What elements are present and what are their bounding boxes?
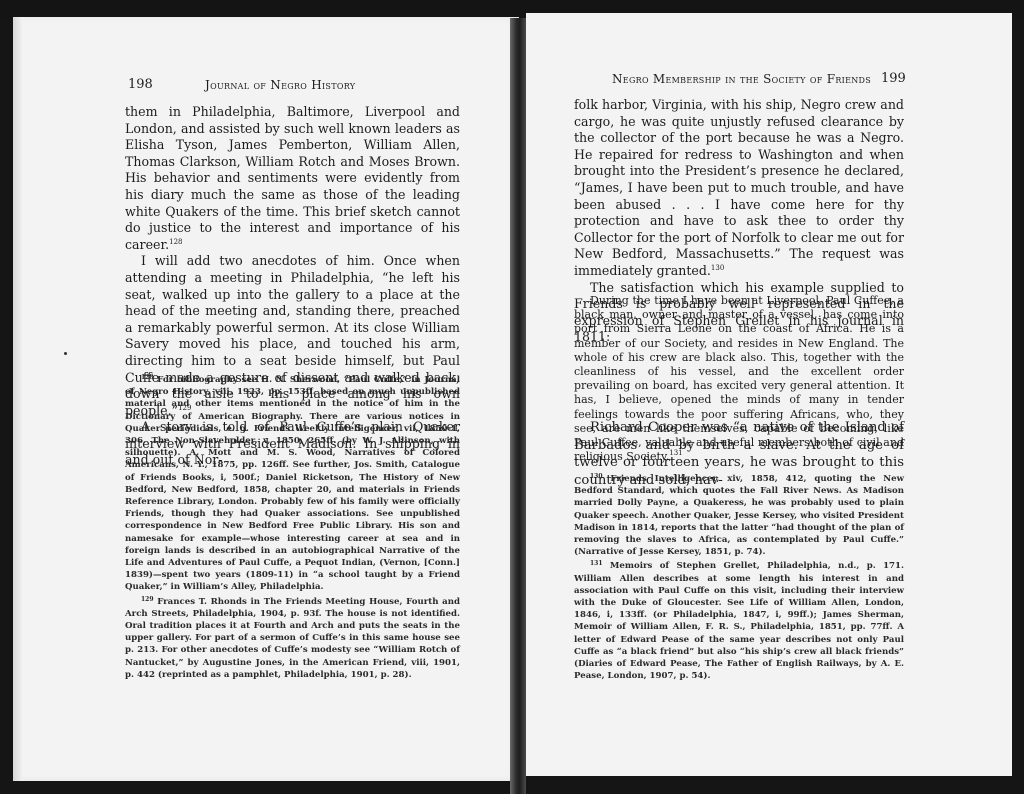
footnote-marker: 131 bbox=[590, 560, 603, 567]
footnotes: 130 Friends Intelligencer, xiv, 1858, 41… bbox=[574, 473, 904, 684]
paragraph: them in Philadelphia, Baltimore, Liverpo… bbox=[125, 104, 460, 253]
footnote-text: Friends Intelligencer, xiv, 1858, 412, q… bbox=[574, 474, 904, 557]
footnote-text: For bibliography see H. N. Sherwood, “Pa… bbox=[125, 375, 460, 592]
footnote-text: Memoirs of Stephen Grellet, Philadelphia… bbox=[574, 561, 904, 681]
footnote-ref[interactable]: 130 bbox=[711, 264, 724, 272]
left-page: 198 Journal of Negro History them in Phi… bbox=[13, 17, 519, 781]
paragraph: folk harbor, Virginia, with his ship, Ne… bbox=[574, 97, 904, 280]
book-gutter bbox=[510, 18, 526, 794]
scan-speck bbox=[64, 352, 67, 355]
footnote-marker: 129 bbox=[141, 596, 154, 603]
footnote-ref[interactable]: 128 bbox=[169, 238, 182, 246]
footnote: 128 For bibliography see H. N. Sherwood,… bbox=[125, 374, 460, 594]
paragraph-text: them in Philadelphia, Baltimore, Liverpo… bbox=[125, 104, 460, 252]
page-number: 199 bbox=[881, 71, 906, 86]
footnote: 130 Friends Intelligencer, xiv, 1858, 41… bbox=[574, 473, 904, 558]
paragraph-text: folk harbor, Virginia, with his ship, Ne… bbox=[574, 97, 904, 278]
running-head: Negro Membership in the Society of Frien… bbox=[612, 72, 871, 86]
right-page: Negro Membership in the Society of Frien… bbox=[526, 13, 1012, 776]
page-edge bbox=[13, 17, 23, 781]
footnotes: 128 For bibliography see H. N. Sherwood,… bbox=[125, 374, 460, 683]
footnote: 131 Memoirs of Stephen Grellet, Philadel… bbox=[574, 560, 904, 682]
footnote-marker: 130 bbox=[590, 473, 603, 480]
page-number: 198 bbox=[128, 77, 153, 92]
footnote-text: Frances T. Rhonds in The Friends Meeting… bbox=[125, 597, 460, 680]
footnote: 129 Frances T. Rhonds in The Friends Mee… bbox=[125, 596, 460, 681]
footnote-marker: 128 bbox=[141, 374, 154, 381]
running-head: Journal of Negro History bbox=[205, 78, 355, 92]
